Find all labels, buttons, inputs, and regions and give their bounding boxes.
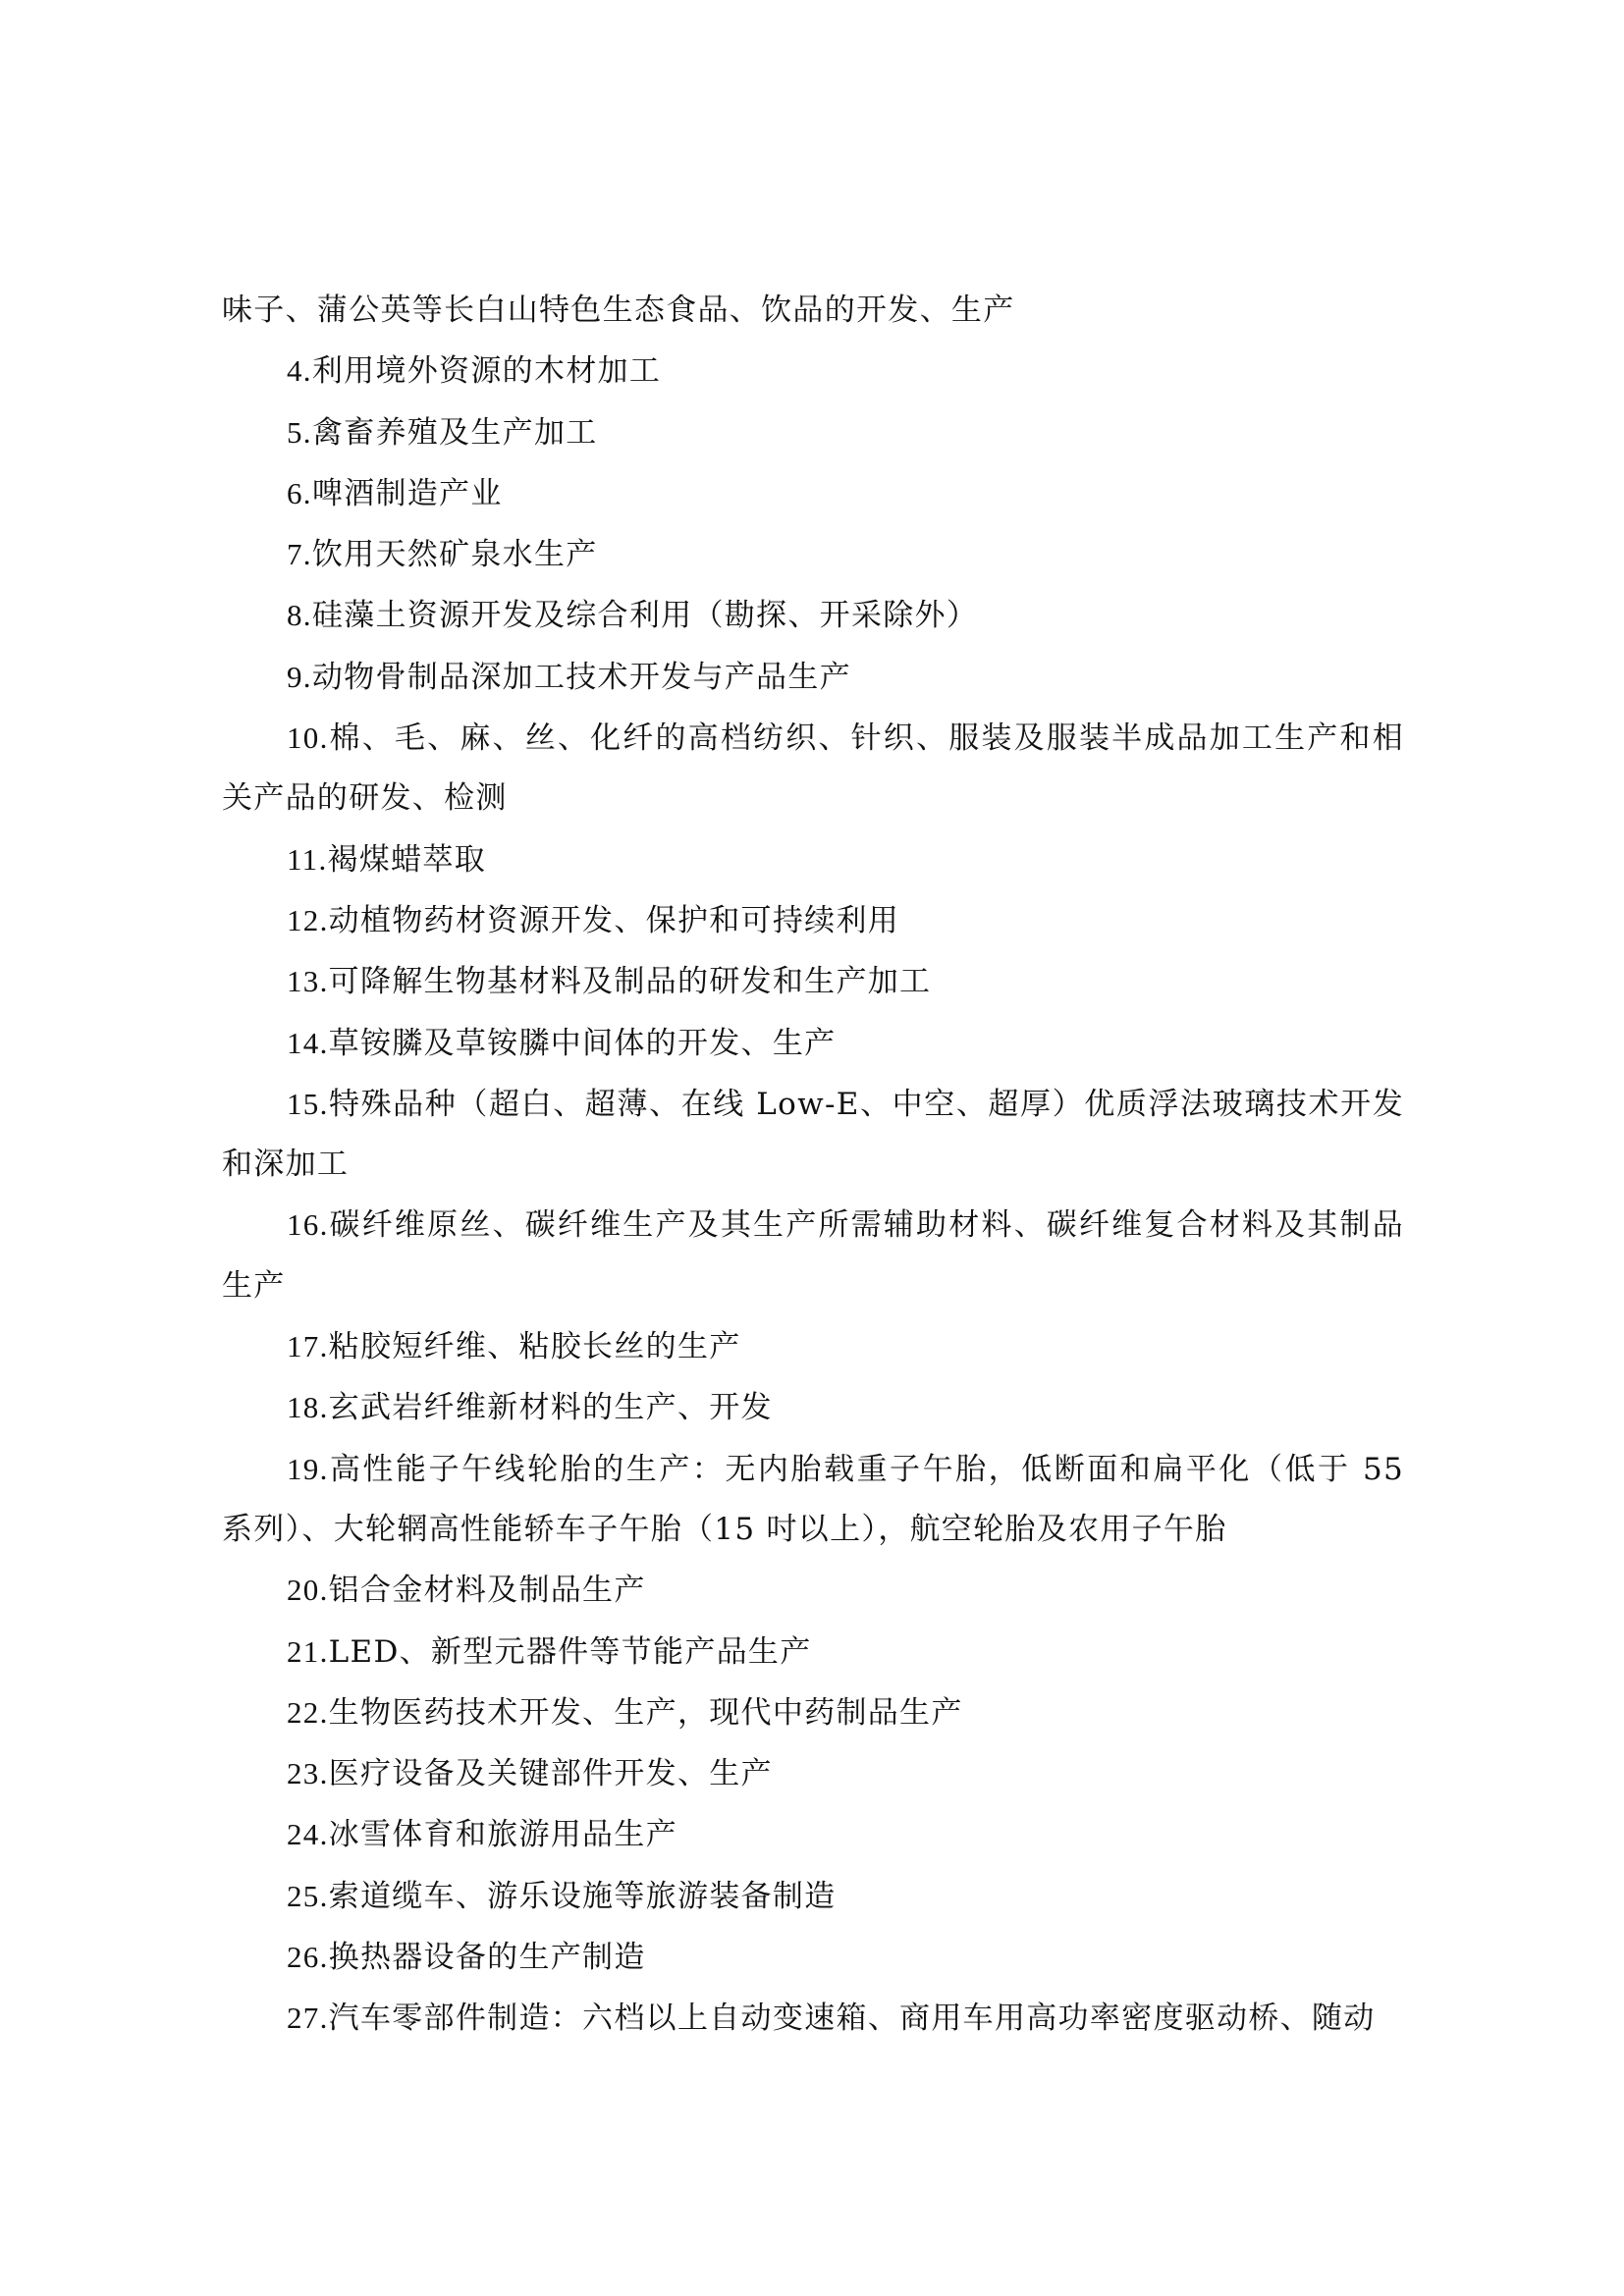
- item-number: 11.: [287, 842, 328, 877]
- item-number: 20.: [287, 1573, 329, 1607]
- item-text: 动物骨制品深加工技术开发与产品生产: [312, 660, 851, 695]
- list-item: 11.褐煤蜡萃取: [222, 829, 1404, 890]
- item-number: 24.: [287, 1817, 329, 1851]
- list-item: 15.特殊品种（超白、超薄、在线 Low-E、中空、超厚）优质浮法玻璃技术开发和…: [222, 1074, 1404, 1196]
- item-text: 棉、毛、麻、丝、化纤的高档纺织、针织、服装及服装半成品加工生产和相关产品的研发、…: [222, 721, 1404, 816]
- item-text: 利用境外资源的木材加工: [312, 353, 661, 389]
- list-item: 5.禽畜养殖及生产加工: [222, 402, 1404, 463]
- list-item: 7.饮用天然矿泉水生产: [222, 524, 1404, 585]
- item-number: 9.: [287, 660, 312, 694]
- item-number: 5.: [287, 415, 312, 450]
- list-item: 8.硅藻土资源开发及综合利用（勘探、开采除外）: [222, 585, 1404, 646]
- item-text: 冰雪体育和旅游用品生产: [329, 1817, 677, 1852]
- item-number: 18.: [287, 1390, 329, 1424]
- item-number: 25.: [287, 1879, 329, 1913]
- list-item: 6.啤酒制造产业: [222, 463, 1404, 524]
- list-item: 25.索道缆车、游乐设施等旅游装备制造: [222, 1866, 1404, 1927]
- item-text: 玄武岩纤维新材料的生产、开发: [329, 1390, 773, 1425]
- item-text: 索道缆车、游乐设施等旅游装备制造: [329, 1879, 837, 1914]
- item-text: 生物医药技术开发、生产，现代中药制品生产: [329, 1695, 963, 1731]
- item-text: 碳纤维原丝、碳纤维生产及其生产所需辅助材料、碳纤维复合材料及其制品生产: [222, 1207, 1404, 1303]
- item-text: 粘胶短纤维、粘胶长丝的生产: [329, 1329, 741, 1364]
- item-number: 14.: [287, 1026, 329, 1060]
- item-number: 19.: [287, 1452, 329, 1486]
- item-number: 26.: [287, 1940, 329, 1974]
- list-item: 13.可降解生物基材料及制品的研发和生产加工: [222, 951, 1404, 1012]
- list-item: 18.玄武岩纤维新材料的生产、开发: [222, 1377, 1404, 1438]
- item-text: 换热器设备的生产制造: [329, 1940, 646, 1975]
- item-text: 硅藻土资源开发及综合利用（勘探、开采除外）: [312, 598, 978, 633]
- item-number: 7.: [287, 537, 312, 571]
- list-item: 27.汽车零部件制造：六档以上自动变速箱、商用车用高功率密度驱动桥、随动: [222, 1988, 1404, 2049]
- item-number: 23.: [287, 1756, 329, 1790]
- item-number: 12.: [287, 903, 329, 937]
- item-number: 17.: [287, 1329, 329, 1363]
- item-text: 动植物药材资源开发、保护和可持续利用: [329, 903, 899, 938]
- list-item: 23.医疗设备及关键部件开发、生产: [222, 1743, 1404, 1804]
- list-item: 26.换热器设备的生产制造: [222, 1927, 1404, 1988]
- item-text: 草铵膦及草铵膦中间体的开发、生产: [329, 1026, 837, 1061]
- item-number: 10.: [287, 721, 329, 755]
- item-number: 8.: [287, 598, 312, 632]
- list-item: 12.动植物药材资源开发、保护和可持续利用: [222, 890, 1404, 951]
- item-number: 13.: [287, 964, 329, 998]
- item-text: 铝合金材料及制品生产: [329, 1573, 646, 1608]
- list-item: 20.铝合金材料及制品生产: [222, 1560, 1404, 1621]
- list-item: 10.棉、毛、麻、丝、化纤的高档纺织、针织、服装及服装半成品加工生产和相关产品的…: [222, 708, 1404, 829]
- item-text: LED、新型元器件等节能产品生产: [329, 1634, 812, 1670]
- list-item: 14.草铵膦及草铵膦中间体的开发、生产: [222, 1013, 1404, 1074]
- item-number: 22.: [287, 1695, 329, 1730]
- list-item: 19.高性能子午线轮胎的生产：无内胎载重子午胎，低断面和扁平化（低于 55 系列…: [222, 1439, 1404, 1561]
- item-text: 褐煤蜡萃取: [328, 842, 487, 878]
- item-text: 可降解生物基材料及制品的研发和生产加工: [329, 964, 932, 999]
- item-number: 15.: [287, 1087, 329, 1121]
- list-item: 21.LED、新型元器件等节能产品生产: [222, 1622, 1404, 1682]
- list-item: 17.粘胶短纤维、粘胶长丝的生产: [222, 1316, 1404, 1377]
- item-text: 啤酒制造产业: [312, 476, 503, 511]
- item-number: 6.: [287, 476, 312, 510]
- list-item: 9.动物骨制品深加工技术开发与产品生产: [222, 647, 1404, 708]
- item-number: 21.: [287, 1634, 329, 1669]
- list-item: 4.利用境外资源的木材加工: [222, 341, 1404, 401]
- list-item: 22.生物医药技术开发、生产，现代中药制品生产: [222, 1682, 1404, 1743]
- item-number: 16.: [287, 1207, 329, 1242]
- list-item: 24.冰雪体育和旅游用品生产: [222, 1804, 1404, 1865]
- item-text: 高性能子午线轮胎的生产：无内胎载重子午胎，低断面和扁平化（低于 55 系列）、大…: [222, 1452, 1404, 1547]
- document-page: 味子、蒲公英等长白山特色生态食品、饮品的开发、生产 4.利用境外资源的木材加工 …: [222, 281, 1404, 2050]
- item-number: 4.: [287, 353, 312, 388]
- item-text: 禽畜养殖及生产加工: [312, 415, 598, 451]
- list-item: 16.碳纤维原丝、碳纤维生产及其生产所需辅助材料、碳纤维复合材料及其制品生产: [222, 1195, 1404, 1316]
- item-text: 汽车零部件制造：六档以上自动变速箱、商用车用高功率密度驱动桥、随动: [329, 2001, 1376, 2036]
- item-number: 27.: [287, 2001, 329, 2035]
- item-text: 饮用天然矿泉水生产: [312, 537, 598, 572]
- continuation-paragraph: 味子、蒲公英等长白山特色生态食品、饮品的开发、生产: [222, 281, 1404, 341]
- item-text: 特殊品种（超白、超薄、在线 Low-E、中空、超厚）优质浮法玻璃技术开发和深加工: [222, 1087, 1404, 1182]
- item-text: 医疗设备及关键部件开发、生产: [329, 1756, 773, 1791]
